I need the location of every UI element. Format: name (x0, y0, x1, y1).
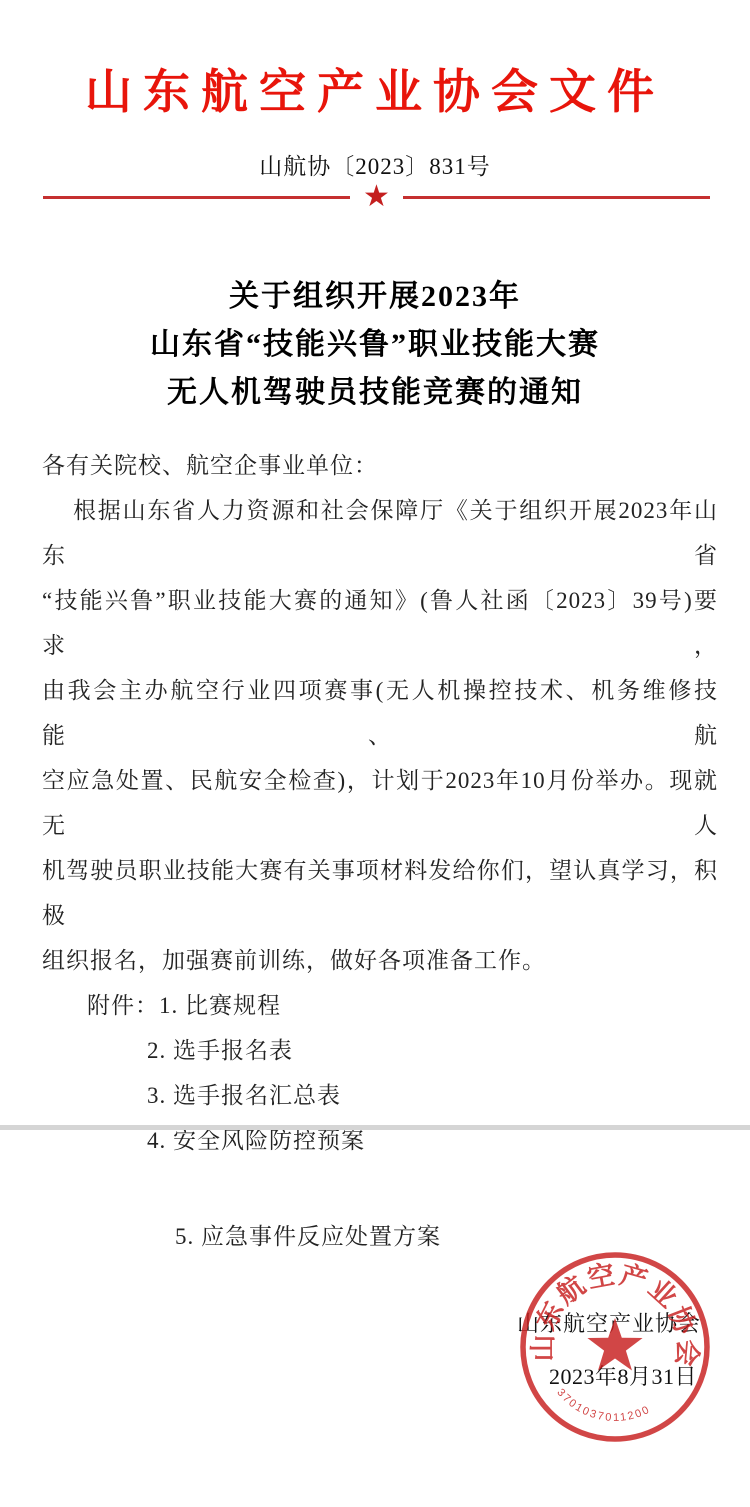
salutation: 各有关院校、航空企事业单位： (42, 443, 718, 488)
official-seal-stamp: 山东航空产业协会 3701037011200 (515, 1247, 715, 1447)
official-document-page: 山东航空产业协会文件 山航协〔2023〕831号 ★ 关于组织开展2023年 山… (0, 0, 750, 1507)
attachment-item-2: 2. 选手报名表 (42, 1028, 718, 1073)
seal-code-number: 3701037011200 (554, 1387, 652, 1424)
notice-title-line-1: 关于组织开展2023年 (0, 273, 750, 321)
notice-title-line-3: 无人机驾驶员技能竞赛的通知 (0, 369, 750, 417)
document-number: 山航协〔2023〕831号 (0, 153, 750, 181)
red-divider-rule: ★ (43, 181, 710, 213)
red-rule-left-segment (43, 196, 350, 199)
body-line: 由我会主办航空行业四项赛事(无人机操控技术、机务维修技能、航 (42, 668, 718, 758)
attachment-item-3: 3. 选手报名汇总表 (42, 1073, 718, 1118)
star-icon: ★ (363, 182, 390, 212)
attachment-item-5: 5. 应急事件反应处置方案 (175, 1224, 441, 1250)
page-break-divider (0, 1125, 750, 1130)
seal-star-icon (587, 1318, 642, 1371)
notice-body: 各有关院校、航空企事业单位： 根据山东省人力资源和社会保障厅《关于组织开展202… (42, 443, 718, 1163)
body-line: 根据山东省人力资源和社会保障厅《关于组织开展2023年山东省 (42, 488, 718, 578)
notice-title: 关于组织开展2023年 山东省“技能兴鲁”职业技能大赛 无人机驾驶员技能竞赛的通… (0, 273, 750, 417)
body-line: 组织报名，加强赛前训练，做好各项准备工作。 (42, 938, 718, 983)
document-header-title: 山东航空产业协会文件 (0, 64, 750, 120)
attachments-first-line: 附件：1. 比赛规程 (42, 983, 718, 1028)
red-rule-right-segment (403, 196, 710, 199)
body-line: 空应急处置、民航安全检查)，计划于2023年10月份举办。现就无人 (42, 758, 718, 848)
body-line: “技能兴鲁”职业技能大赛的通知》(鲁人社函〔2023〕39号)要求， (42, 578, 718, 668)
svg-text:3701037011200: 3701037011200 (554, 1387, 652, 1424)
notice-title-line-2: 山东省“技能兴鲁”职业技能大赛 (0, 321, 750, 369)
attachments-label: 附件： (87, 993, 159, 1018)
body-line: 机驾驶员职业技能大赛有关事项材料发给你们，望认真学习，积极 (42, 848, 718, 938)
attachment-item-1: 1. 比赛规程 (159, 993, 281, 1018)
